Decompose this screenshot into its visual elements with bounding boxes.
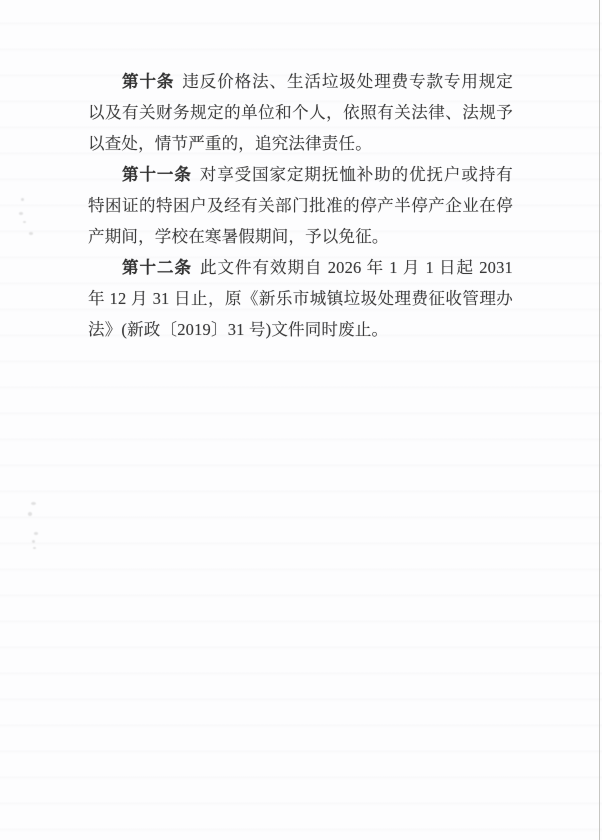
article-10-paragraph: 第十条违反价格法、生活垃圾处理费专款专用规定以及有关财务规定的单位和个人，依照有… [88,66,513,159]
scan-page-edge-line [599,0,601,840]
scan-speck [23,221,26,223]
scan-speck [33,547,36,549]
article-11-number: 第十一条 [122,165,192,184]
scanned-document-page: 第十条违反价格法、生活垃圾处理费专款专用规定以及有关财务规定的单位和个人，依照有… [0,0,602,840]
article-10-number: 第十条 [122,72,174,91]
article-11-paragraph: 第十一条对享受国家定期抚恤补助的优抚户或持有特困证的特困户及经有关部门批准的停产… [88,159,513,252]
scan-speck [32,540,35,543]
scan-speck [28,512,32,516]
scan-speck [34,532,38,535]
article-12-paragraph: 第十二条此文件有效期自 2026 年 1 月 1 日起 2031 年 12 月 … [88,252,513,345]
scan-speck [29,232,33,235]
scan-speck [21,198,24,201]
document-body: 第十条违反价格法、生活垃圾处理费专款专用规定以及有关财务规定的单位和个人，依照有… [88,66,513,345]
article-12-number: 第十二条 [122,258,192,277]
scan-speck [31,502,36,505]
scan-speck [19,212,23,215]
